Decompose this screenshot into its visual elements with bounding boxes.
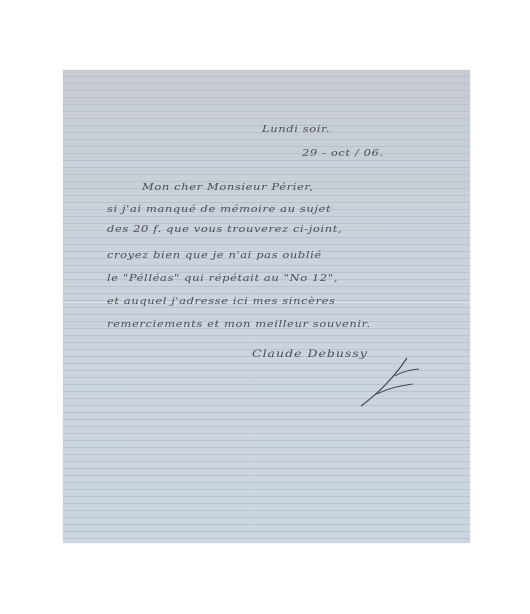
letter-body-line: croyez bien que je n'ai pas oublié: [107, 249, 322, 260]
letter-body-line: et auquel j'adresse ici mes sincères: [107, 295, 336, 306]
letter-body-line: des 20 f. que vous trouverez ci-joint,: [107, 223, 342, 234]
date-line-date: 29 - oct / 06.: [302, 147, 384, 158]
signature-flourish-icon: [355, 356, 435, 408]
letter-signature: Claude Debussy: [252, 348, 368, 360]
letter-body-line: si j'ai manqué de mémoire au sujet: [107, 203, 331, 214]
date-line-day: Lundi soir.: [262, 123, 330, 134]
letter-greeting: Mon cher Monsieur Périer,: [142, 181, 314, 192]
letter-body-line: le "Pélléas" qui répétait au "No 12",: [107, 272, 338, 283]
letter-body-line: remerciements et mon meilleur souvenir.: [107, 318, 371, 329]
